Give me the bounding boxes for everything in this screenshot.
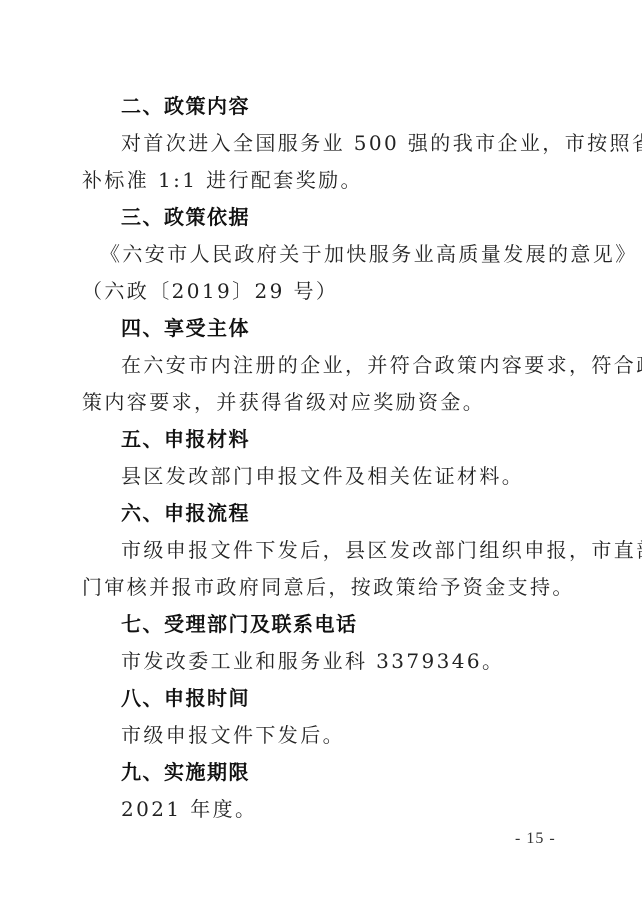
paragraph-line: 市级申报文件下发后。 — [121, 723, 601, 747]
paragraph-line: （六政〔2019〕29 号） — [82, 279, 562, 303]
section-heading-process: 六、申报流程 — [121, 501, 601, 525]
section-heading-contact: 七、受理部门及联系电话 — [121, 612, 601, 636]
paragraph-line: 《六安市人民政府关于加快服务业高质量发展的意见》 — [100, 242, 580, 266]
section-heading-policy-basis: 三、政策依据 — [121, 205, 601, 229]
paragraph-line: 市发改委工业和服务业科 3379346。 — [121, 649, 601, 673]
document-page: 二、政策内容 对首次进入全国服务业 500 强的我市企业，市按照省奖 补标准 1… — [0, 0, 642, 907]
paragraph-line: 县区发改部门申报文件及相关佐证材料。 — [121, 464, 601, 488]
page-number: - 15 - — [515, 830, 556, 848]
paragraph-line: 在六安市内注册的企业，并符合政策内容要求，符合政 — [121, 353, 601, 377]
paragraph-line: 市级申报文件下发后，县区发改部门组织申报，市直部 — [121, 538, 601, 562]
paragraph-line: 门审核并报市政府同意后，按政策给予资金支持。 — [82, 575, 562, 599]
section-heading-policy-content: 二、政策内容 — [121, 94, 601, 118]
paragraph-line: 2021 年度。 — [121, 797, 601, 821]
section-heading-application-time: 八、申报时间 — [121, 686, 601, 710]
paragraph-line: 对首次进入全国服务业 500 强的我市企业，市按照省奖 — [121, 131, 601, 155]
paragraph-line: 策内容要求，并获得省级对应奖励资金。 — [82, 390, 562, 414]
section-heading-materials: 五、申报材料 — [121, 427, 601, 451]
paragraph-line: 补标准 1:1 进行配套奖励。 — [82, 168, 562, 192]
section-heading-period: 九、实施期限 — [121, 760, 601, 784]
section-heading-beneficiary: 四、享受主体 — [121, 316, 601, 340]
